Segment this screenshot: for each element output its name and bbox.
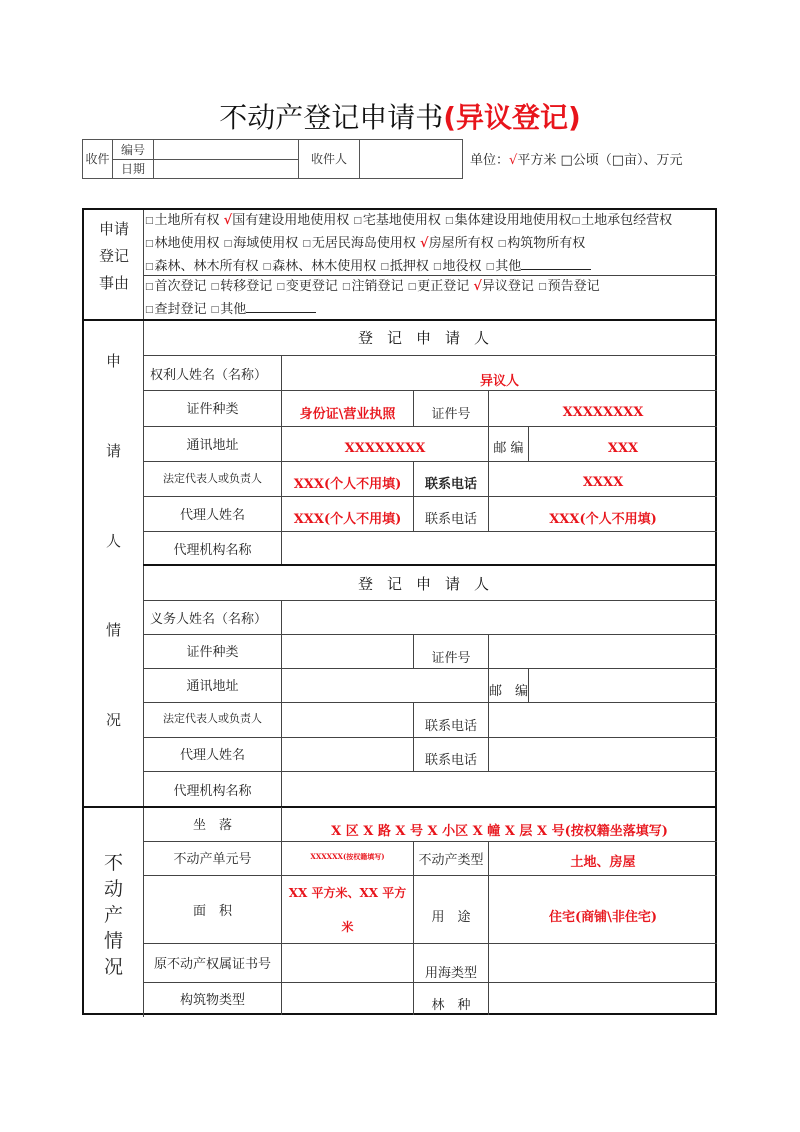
rights-holder-agency-field[interactable] <box>282 532 717 564</box>
rights-holder-name-label: 权利人姓名（名称） <box>144 356 281 390</box>
receiver-field[interactable] <box>360 140 461 177</box>
option-house-ownership[interactable]: 房屋所有权 <box>429 236 494 251</box>
obligor-agent-phone-field[interactable] <box>489 738 717 771</box>
rights-holder-agent-phone-field[interactable]: XXX(个人不用填) <box>489 501 717 533</box>
option-forest-ownership[interactable]: 森林、林木所有权 <box>155 259 259 274</box>
option-sea-area-use[interactable]: 海域使用权 <box>233 236 298 251</box>
rights-holder-agent-field[interactable]: XXX(个人不用填) <box>282 501 413 533</box>
rights-holder-id-no-label: 证件号 <box>414 396 488 428</box>
check-icon: √ <box>224 213 233 228</box>
rights-holder-postcode-label: 邮 编 <box>489 430 528 462</box>
obligor-legal-rep-label: 法定代表人或负责人 <box>144 703 281 733</box>
option-forest-use[interactable]: 森林、林木使用权 <box>272 259 376 274</box>
option-land-contract[interactable]: 土地承包经营权 <box>581 213 672 228</box>
use-field[interactable]: 住宅(商铺\非住宅) <box>489 882 717 949</box>
option-first-registration[interactable]: 首次登记 <box>155 279 207 294</box>
receipt-date-field[interactable] <box>154 160 298 177</box>
rights-holder-legal-rep-phone-label: 联系电话 <box>414 466 488 498</box>
receipt-number-label: 编号 <box>113 140 153 159</box>
title-main: 不动产登记申请书 <box>219 101 443 134</box>
reason-label: 申请 登记 事由 <box>84 210 144 320</box>
registration-type-options: □首次登记 □转移登记 □变更登记 □注销登记 □更正登记 √异议登记 □预告登… <box>145 276 600 322</box>
obligor-agency-field[interactable] <box>282 772 717 806</box>
obligor-id-type-label: 证件种类 <box>144 635 281 665</box>
receipt-number-field[interactable] <box>154 140 298 159</box>
rights-holder-name-field[interactable]: 异议人 <box>282 362 717 396</box>
option-change-registration[interactable]: 变更登记 <box>286 279 338 294</box>
area-field[interactable]: XX 平方米、XX 平方 米 <box>282 876 413 943</box>
option-land-ownership[interactable]: 土地所有权 <box>155 213 220 228</box>
obligor-agent-label: 代理人姓名 <box>144 738 281 768</box>
obligor-section-title: 登记申请人 <box>144 566 717 600</box>
obligor-postcode-field[interactable] <box>529 669 717 702</box>
obligor-legal-rep-field[interactable] <box>282 703 413 737</box>
option-mortgage[interactable]: 抵押权 <box>390 259 429 274</box>
structure-type-label: 构筑物类型 <box>144 983 281 1013</box>
rights-holder-section-title: 登记申请人 <box>144 320 717 355</box>
location-field[interactable]: X 区 X 路 X 号 X 小区 X 幢 X 层 X 号(按权籍坐落填写) <box>282 813 717 845</box>
title-suffix: (异议登记) <box>443 101 581 134</box>
obligor-agent-field[interactable] <box>282 738 413 771</box>
obligor-name-field[interactable] <box>282 601 717 634</box>
unit-number-label: 不动产单元号 <box>144 842 281 872</box>
original-cert-field[interactable] <box>282 944 413 982</box>
option-cancel-registration[interactable]: 注销登记 <box>352 279 404 294</box>
option-advance-notice-registration[interactable]: 预告登记 <box>548 279 600 294</box>
obligor-postcode-label: 邮 编 <box>489 673 528 706</box>
other-right-blank[interactable] <box>521 258 591 270</box>
obligor-address-label: 通讯地址 <box>144 669 281 699</box>
obligor-legal-rep-phone-field[interactable] <box>489 703 717 737</box>
option-seizure-registration[interactable]: 查封登记 <box>155 302 207 317</box>
obligor-address-field[interactable] <box>282 669 488 702</box>
unit-options[interactable]: 平方米 □公顷（□亩）、万元 <box>517 153 682 168</box>
structure-type-field[interactable] <box>282 983 413 1015</box>
rights-holder-legal-rep-phone-field[interactable]: XXXX <box>489 466 717 498</box>
unit-prefix: 单位： <box>470 153 509 168</box>
option-collective-construction-land[interactable]: 集体建设用地使用权 <box>455 213 572 228</box>
obligor-name-label: 义务人姓名（名称） <box>144 601 281 634</box>
option-homestead[interactable]: 宅基地使用权 <box>363 213 441 228</box>
option-objection-registration[interactable]: 异议登记 <box>482 279 534 294</box>
option-uninhabited-island[interactable]: 无居民海岛使用权 <box>312 236 416 251</box>
option-other-right[interactable]: 其他 <box>495 259 521 274</box>
location-label: 坐 落 <box>144 808 281 838</box>
obligor-id-no-field[interactable] <box>489 635 717 668</box>
rights-holder-agency-label: 代理机构名称 <box>144 532 281 564</box>
use-label: 用 途 <box>414 882 488 949</box>
right-row-2: □林地使用权 □海域使用权 □无居民海岛使用权 √房屋所有权 □构筑物所有权 <box>145 233 672 256</box>
receiver-label: 收件人 <box>299 140 359 177</box>
unit-selector: 单位：√平方米 □公顷（□亩）、万元 <box>470 149 683 168</box>
rights-holder-agent-phone-label: 联系电话 <box>414 501 488 533</box>
original-cert-label: 原不动产权属证书号 <box>144 944 281 980</box>
option-structure-ownership[interactable]: 构筑物所有权 <box>507 236 585 251</box>
property-type-field[interactable]: 土地、房屋 <box>489 844 717 877</box>
right-type-options: □土地所有权 √国有建设用地使用权 □宅基地使用权 □集体建设用地使用权□土地承… <box>145 210 672 279</box>
option-forest-land-use[interactable]: 林地使用权 <box>155 236 220 251</box>
check-icon: √ <box>473 279 482 294</box>
unit-number-field[interactable]: XXXXXX(按权籍填写) <box>282 842 413 872</box>
property-side-label: 不 动 产 情 况 <box>84 850 143 980</box>
option-state-construction-land[interactable]: 国有建设用地使用权 <box>232 213 349 228</box>
applicant-side-label: 申 请 人 情 况 <box>84 350 143 730</box>
option-other-type[interactable]: 其他 <box>220 302 246 317</box>
obligor-agent-phone-label: 联系电话 <box>414 742 488 775</box>
forest-type-label: 林 种 <box>414 988 488 1018</box>
rights-holder-id-no-field[interactable]: XXXXXXXX <box>489 396 717 428</box>
rights-holder-legal-rep-label: 法定代表人或负责人 <box>144 462 281 494</box>
type-row-2: □查封登记 □其他 <box>145 299 600 322</box>
option-correction-registration[interactable]: 更正登记 <box>417 279 469 294</box>
rights-holder-address-field[interactable]: XXXXXXXX <box>282 432 488 464</box>
rights-holder-legal-rep-field[interactable]: XXX(个人不用填) <box>282 466 413 498</box>
obligor-agency-label: 代理机构名称 <box>144 772 281 806</box>
obligor-id-type-field[interactable] <box>282 635 413 668</box>
type-row-1: □首次登记 □转移登记 □变更登记 □注销登记 □更正登记 √异议登记 □预告登… <box>145 276 600 299</box>
property-type-label: 不动产类型 <box>414 842 488 875</box>
rights-holder-agent-label: 代理人姓名 <box>144 497 281 529</box>
option-easement[interactable]: 地役权 <box>443 259 482 274</box>
obligor-legal-rep-phone-label: 联系电话 <box>414 707 488 741</box>
rights-holder-postcode-field[interactable]: XXX <box>529 432 717 464</box>
option-transfer-registration[interactable]: 转移登记 <box>220 279 272 294</box>
rights-holder-id-type-field[interactable]: 身份证\营业执照 <box>282 396 413 428</box>
other-type-blank[interactable] <box>246 301 316 313</box>
receipt-date-label: 日期 <box>113 160 153 177</box>
receipt-group-label: 收件 <box>83 140 112 177</box>
right-row-1: □土地所有权 √国有建设用地使用权 □宅基地使用权 □集体建设用地使用权□土地承… <box>145 210 672 233</box>
sea-use-type-field[interactable] <box>489 944 717 982</box>
check-icon: √ <box>420 236 429 251</box>
receipt-table: 收件 编号 日期 收件人 <box>82 139 463 179</box>
document-title: 不动产登记申请书(异议登记) <box>0 98 800 138</box>
forest-type-field[interactable] <box>489 983 717 1015</box>
sea-use-type-label: 用海类型 <box>414 952 488 990</box>
application-form: 申请 登记 事由 □土地所有权 √国有建设用地使用权 □宅基地使用权 □集体建设… <box>82 208 717 1015</box>
rights-holder-address-label: 通讯地址 <box>144 427 281 459</box>
rights-holder-id-type-label: 证件种类 <box>144 391 281 423</box>
area-label: 面 积 <box>144 876 281 943</box>
